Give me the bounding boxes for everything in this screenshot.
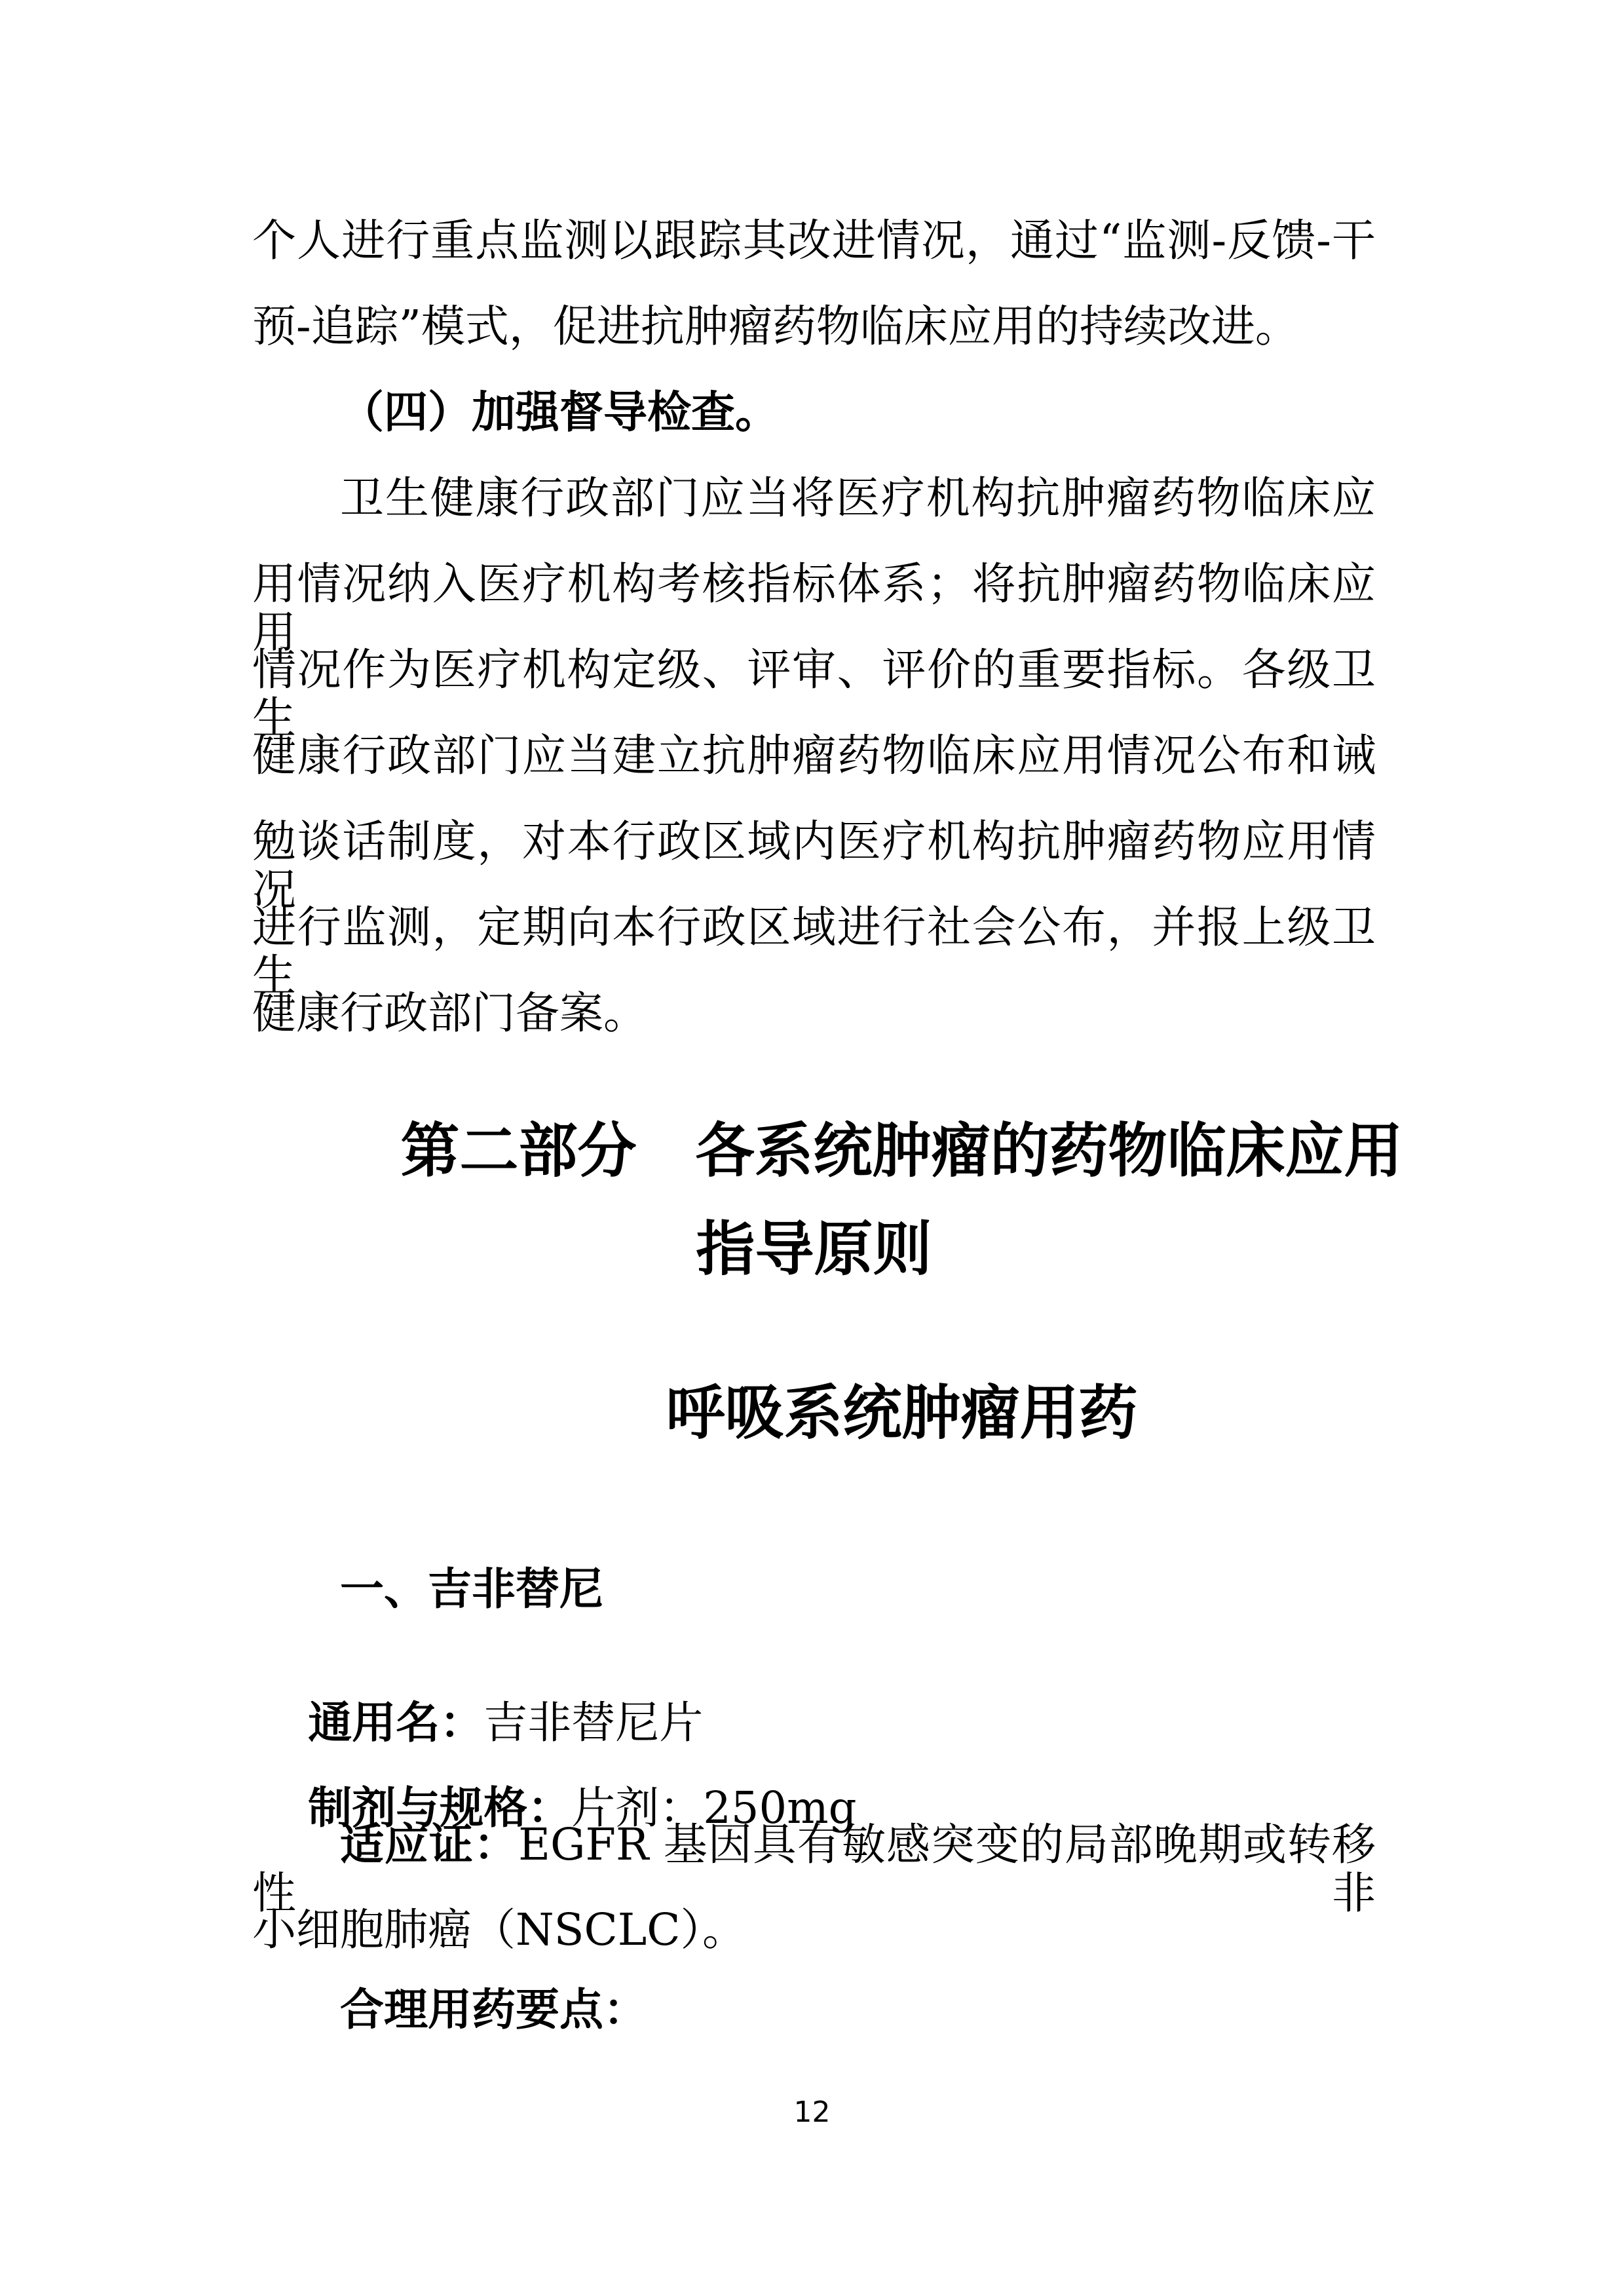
indication-line-1: 适应证：EGFR 基因具有敏感突变的局部晚期或转移性非 [252,1820,1376,1873]
page-number: 12 [0,2097,1624,2128]
body-line: 健康行政部门应当建立抗肿瘤药物临床应用情况公布和诫 [252,731,1376,784]
body-line: 预-追踪”模式，促进抗肿瘤药物临床应用的持续改进。 [252,302,1376,354]
body-line: 健康行政部门备案。 [252,989,1376,1041]
body-line: 个人进行重点监测以跟踪其改进情况，通过“监测-反馈-干 [252,216,1376,269]
part2-title-line2: 指导原则 [252,1217,1376,1282]
formulation-line: 制剂与规格：片剂：250mg [252,1735,1376,1788]
document-page: 个人进行重点监测以跟踪其改进情况，通过“监测-反馈-干 预-追踪”模式，促进抗肿… [0,0,1624,2296]
body-line: 勉谈话制度，对本行政区域内医疗机构抗肿瘤药物应用情况 [252,817,1376,870]
body-line: 情况作为医疗机构定级、评审、评价的重要指标。各级卫生 [252,645,1376,698]
drug-item-heading: 一、吉非替尼 [252,1565,1376,1617]
body-line: 用情况纳入医疗机构考核指标体系；将抗肿瘤药物临床应用 [252,560,1376,612]
rational-use-heading: 合理用药要点： [252,1985,1376,2038]
item4-heading: （四）加强督导检查。 [252,388,1376,440]
indication-label: 适应证： [340,1818,518,1870]
indication-line-2: 小细胞肺癌（NSCLC）。 [252,1905,1376,1958]
generic-name-line: 通用名：吉非替尼片 [252,1650,1376,1702]
section-title: 呼吸系统肿瘤用药 [252,1381,1463,1446]
body-line: 进行监测，定期向本行政区域进行社会公布，并报上级卫生 [252,903,1376,955]
part2-title-line1: 第二部分 各系统肿瘤的药物临床应用 [252,1119,1463,1184]
body-line: 卫生健康行政部门应当将医疗机构抗肿瘤药物临床应 [252,474,1376,526]
